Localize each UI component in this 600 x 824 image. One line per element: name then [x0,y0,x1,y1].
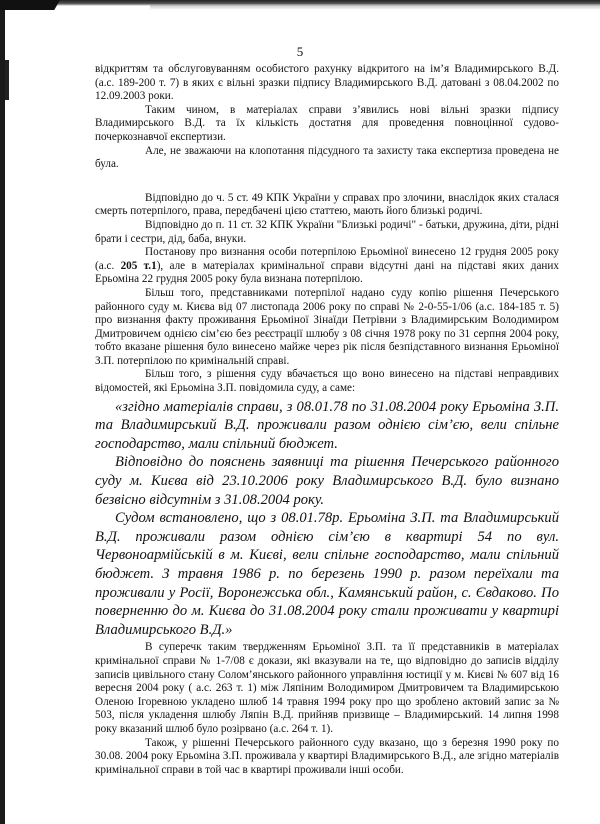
quoted-decision: «згідно матеріалів справи, з 08.01.78 по… [95,398,559,640]
paragraph-expertise-not-done: Але, не зважаючи на клопотання підсудног… [95,145,559,172]
paragraph-court-decision: Більш того, представниками потерпілої на… [95,287,559,369]
paragraph-signature-samples: відкриттям та обслуговуванням особистого… [95,63,559,104]
scan-border-mark [5,60,9,100]
paragraph-false-info: Більш того, з рішення суду вбачається що… [95,368,559,395]
paragraph-new-samples: Таким чином, в матеріалах справи з’явили… [95,104,559,145]
scan-corner [0,0,60,10]
paragraph-article-49: Відповідно до ч. 5 ст. 49 КПК України у … [95,192,559,219]
paragraph-article-32: Відповідно до п. 11 ст. 32 КПК України "… [95,219,559,246]
paragraph-contrary-evidence: В суперечк таким твердженням Ерьоміної З… [95,641,559,736]
quote-paragraph-1: «згідно матеріалів справи, з 08.01.78 по… [95,398,559,454]
page-number: 5 [0,44,600,60]
paragraph-residence: Також, у рішенні Печерського районного с… [95,737,559,778]
case-reference-bold: 205 т.1 [121,260,157,272]
scan-shadow [150,4,600,10]
document-body: відкриттям та обслуговуванням особистого… [95,63,559,777]
paragraph-victim-resolution: Постанову про визнання особи потерпілою … [95,246,559,287]
quote-paragraph-3: Судом встановлено, що з 08.01.78р. Ерьом… [95,509,559,639]
quote-paragraph-2: Відповідно до пояснень заявниці та рішен… [95,453,559,509]
scan-border-left [0,0,5,824]
